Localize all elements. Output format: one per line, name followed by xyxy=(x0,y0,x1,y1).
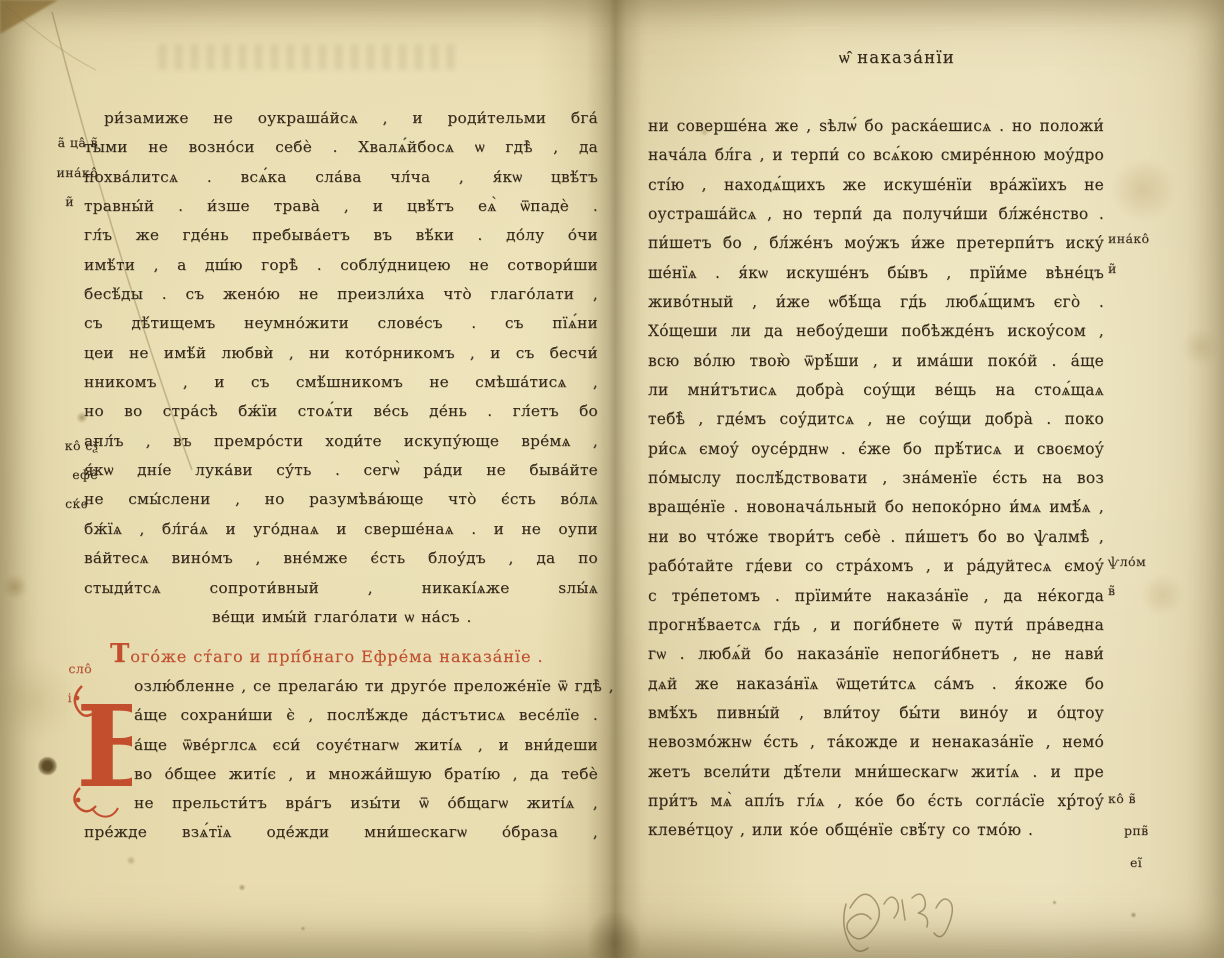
text-line: нача́ла бл́га , и терпи́ со всѧ́кою смир… xyxy=(648,141,1104,170)
text-line: враще́нїе . новонача́льный бо непоко́рно… xyxy=(648,493,1104,522)
text-line: жетъ всели́ти дѣ́тели мни́шескагѡ житі́ѧ… xyxy=(648,758,1104,787)
margin-note: ина́ко̂ xyxy=(1108,231,1198,246)
text-line: а́ще ѿве́рглсѧ єси́ соує́тнагѡ житі́ѧ , … xyxy=(134,731,598,760)
text-line: прогнѣ́ваетсѧ гд́ь , и поги́бнете ѿ пути… xyxy=(648,611,1104,640)
text-line: но во стра́сѣ бж́їи стоѧ́ти ве́сь де́нь … xyxy=(84,397,598,426)
margin-note: ефе̂ xyxy=(26,467,98,482)
text-line: ри́сѧ ємоу́ оусе́рднѡ . є́же бо прѣ́тисѧ… xyxy=(648,435,1104,464)
left-last-line: пре́жде взѧ́тїѧ оде́жди мни́шескагѡ о́бр… xyxy=(84,818,598,847)
running-title: ѡ̂ наказа́нїи xyxy=(612,48,1182,68)
margin-note: сло̂ xyxy=(20,661,98,676)
text-line: имѣ́ти , а дш́ю горѣ̀ . соблу́дницею не … xyxy=(84,251,598,280)
margin-note: і xyxy=(0,690,98,705)
handwritten-signature-scribble xyxy=(832,878,972,954)
margin-note: и̃ xyxy=(2,194,98,209)
margin-note: ко̂ в̃ xyxy=(1108,791,1198,806)
margin-note: рпв̃ xyxy=(1108,823,1214,838)
text-line: при́тъ мѧ̀ апл́ъ гл́ѧ , ко́е бо є́сть со… xyxy=(648,787,1104,816)
text-line: живо́тный , и́же ѡбѣ́ща гд́ь любѧ́щимъ є… xyxy=(648,288,1104,317)
red-heading: Того́же ст́аго и прп́бнаго Ефре́ма наказ… xyxy=(84,639,598,672)
ghost-showthrough-text xyxy=(158,44,458,70)
text-line: тебѣ̀ , где́мъ соу́дитсѧ , не соу́щи доб… xyxy=(648,405,1104,434)
torn-corner xyxy=(0,0,58,34)
stain xyxy=(1180,330,1220,364)
text-line: цеи не имѣ́й любвѝ , ни кото́рникомъ , и… xyxy=(84,339,598,368)
text-line: ли мни́тътисѧ добра̀ соу́щи ве́щь на сто… xyxy=(648,376,1104,405)
stain xyxy=(38,757,57,775)
text-line: пре́жде взѧ́тїѧ оде́жди мни́шескагѡ о́бр… xyxy=(84,818,598,847)
text-line: озлю́бленне , се прелага́ю ти друго́е пр… xyxy=(134,672,598,701)
margin-note: в̃ xyxy=(1108,583,1198,598)
margin-note: еі̃ xyxy=(1108,855,1220,870)
stain xyxy=(1130,912,1137,918)
text-line: по́мыслу послѣ́дствовати , зна́менїе є́с… xyxy=(648,464,1104,493)
margin-note: ина́ко̂ xyxy=(26,165,98,180)
text-line: сті́ю , находѧ́щихъ же искуше́нїи вра́жї… xyxy=(648,171,1104,200)
text-line: ни соверше́на же , ѕѣлѡ́ бо раска́ешисѧ … xyxy=(648,112,1104,141)
text-line: Хо́щеши ли да небоу́деши побѣжде́нъ иско… xyxy=(648,317,1104,346)
margin-note: ѱло́м xyxy=(1108,554,1198,569)
text-line: ве́щи имы́й глаго́лати ѡ на́съ . xyxy=(212,603,598,632)
text-line: а́ще сохрани́ши є̀ , послѣ́жде да́стътис… xyxy=(134,701,598,730)
text-line: ни во что́же твори́тъ себѐ . пи́шетъ бо … xyxy=(648,523,1104,552)
text-line: всю во́лю твою̀ ѿрѣ́ши , и има́ши поко́й… xyxy=(648,347,1104,376)
text-line: ва́йтесѧ вино́мъ , вне́мже є́сть блоу́дъ… xyxy=(84,544,598,573)
text-line: клеве́тцоу , или ко́е обще́нїе свѣ́ту со… xyxy=(648,816,1104,845)
margin-note: и̃ xyxy=(1108,261,1198,276)
text-line: не смы́слени , но разумѣва́юще что̀ є́ст… xyxy=(84,485,598,514)
text-line: во о́бщее житі́є , и множа́йшую браті́ю … xyxy=(134,760,598,789)
text-line: оустраша́йсѧ , но терпи́ да получи́ши бл… xyxy=(648,200,1104,229)
stain xyxy=(2,575,28,599)
stain xyxy=(300,926,306,931)
left-text-block: ри́замиже не оукраша́йсѧ , и роди́тельми… xyxy=(84,104,598,632)
text-line: бесѣ́ды . съ жено́ю не преизли́ха что̀ г… xyxy=(84,280,598,309)
stain xyxy=(126,856,136,865)
book-spread-scan: ри́замиже не оукраша́йсѧ , и роди́тельми… xyxy=(0,0,1224,958)
text-line: рабо́тайте гд́еви со стра́хомъ , и ра́ду… xyxy=(648,552,1104,581)
margin-note: сќѳ xyxy=(16,496,98,511)
text-line: тыми не возно́си себѐ . Хвалѧ́йбосѧ ѡ гд… xyxy=(84,133,598,162)
margin-note: а̃ ца̂ в̃ xyxy=(26,135,98,150)
text-line: гл́ъ же где́нь пребыва́етъ въ вѣ́ки . до… xyxy=(84,221,598,250)
text-line: апл́ъ , въ премро́сти ходи́те искупу́юще… xyxy=(84,427,598,456)
text-line: я́кѡ дні́е лука́ви су́ть . сегѡ̀ ра́ди н… xyxy=(84,456,598,485)
text-line: ше́нїѧ . я́кѡ искуше́нъ бы́въ , прїи́ме … xyxy=(648,259,1104,288)
right-text-block: ни соверше́на же , ѕѣлѡ́ бо раска́ешисѧ … xyxy=(648,112,1104,846)
stain xyxy=(1052,900,1057,905)
text-line: съ дѣ́тищемъ неумно́жити слове́съ . съ п… xyxy=(84,309,598,338)
text-line: травны́й . и́зше трава̀ , и цвѣ́тъ еѧ̀ ѿ… xyxy=(84,192,598,221)
text-line: нникомъ , и съ смѣ́шникомъ не смѣша́тисѧ… xyxy=(84,368,598,397)
text-line: бж́їѧ , бл́га́ѧ и уго́днаѧ и сверше́наѧ … xyxy=(84,515,598,544)
text-line: пи́шетъ бо , бл́же́нъ моу́жъ и́же претер… xyxy=(648,229,1104,258)
left-text-block-after-initial: озлю́бленне , се прелага́ю ти друго́е пр… xyxy=(84,672,598,819)
text-line: невозмо́жнѡ є́сть , та́кожде и ненаказа́… xyxy=(648,728,1104,757)
text-line: с тре́петомъ . прїими́те наказа́нїе , да… xyxy=(648,582,1104,611)
text-line: стыди́тсѧ сопроти́вный , никакі́ѧже ѕлы́… xyxy=(84,574,598,603)
text-line: ри́замиже не оукраша́йсѧ , и роди́тельми… xyxy=(84,104,598,133)
stain xyxy=(1108,160,1178,220)
gutter-bottom-shadow xyxy=(576,880,652,958)
margin-note: ко̂ сѯ̆ xyxy=(26,438,98,453)
stain xyxy=(238,884,246,891)
text-line: похва́литсѧ . всѧ́ка сла́ва чл́ча , я́кѡ… xyxy=(84,163,598,192)
text-line: дѧй же наказа́нїѧ ѿщети́тсѧ са́мъ . я́ко… xyxy=(648,670,1104,699)
text-line: не прельсти́тъ вра́гъ изы́ти ѿ о́бщагѡ ж… xyxy=(134,789,598,818)
text-line: вмѣ́хъ пивны́й , вли́тоу бы́ти вино́у и … xyxy=(648,699,1104,728)
text-line: гѡ . любѧ́й бо наказа́нїе непоги́бнетъ ,… xyxy=(648,640,1104,669)
